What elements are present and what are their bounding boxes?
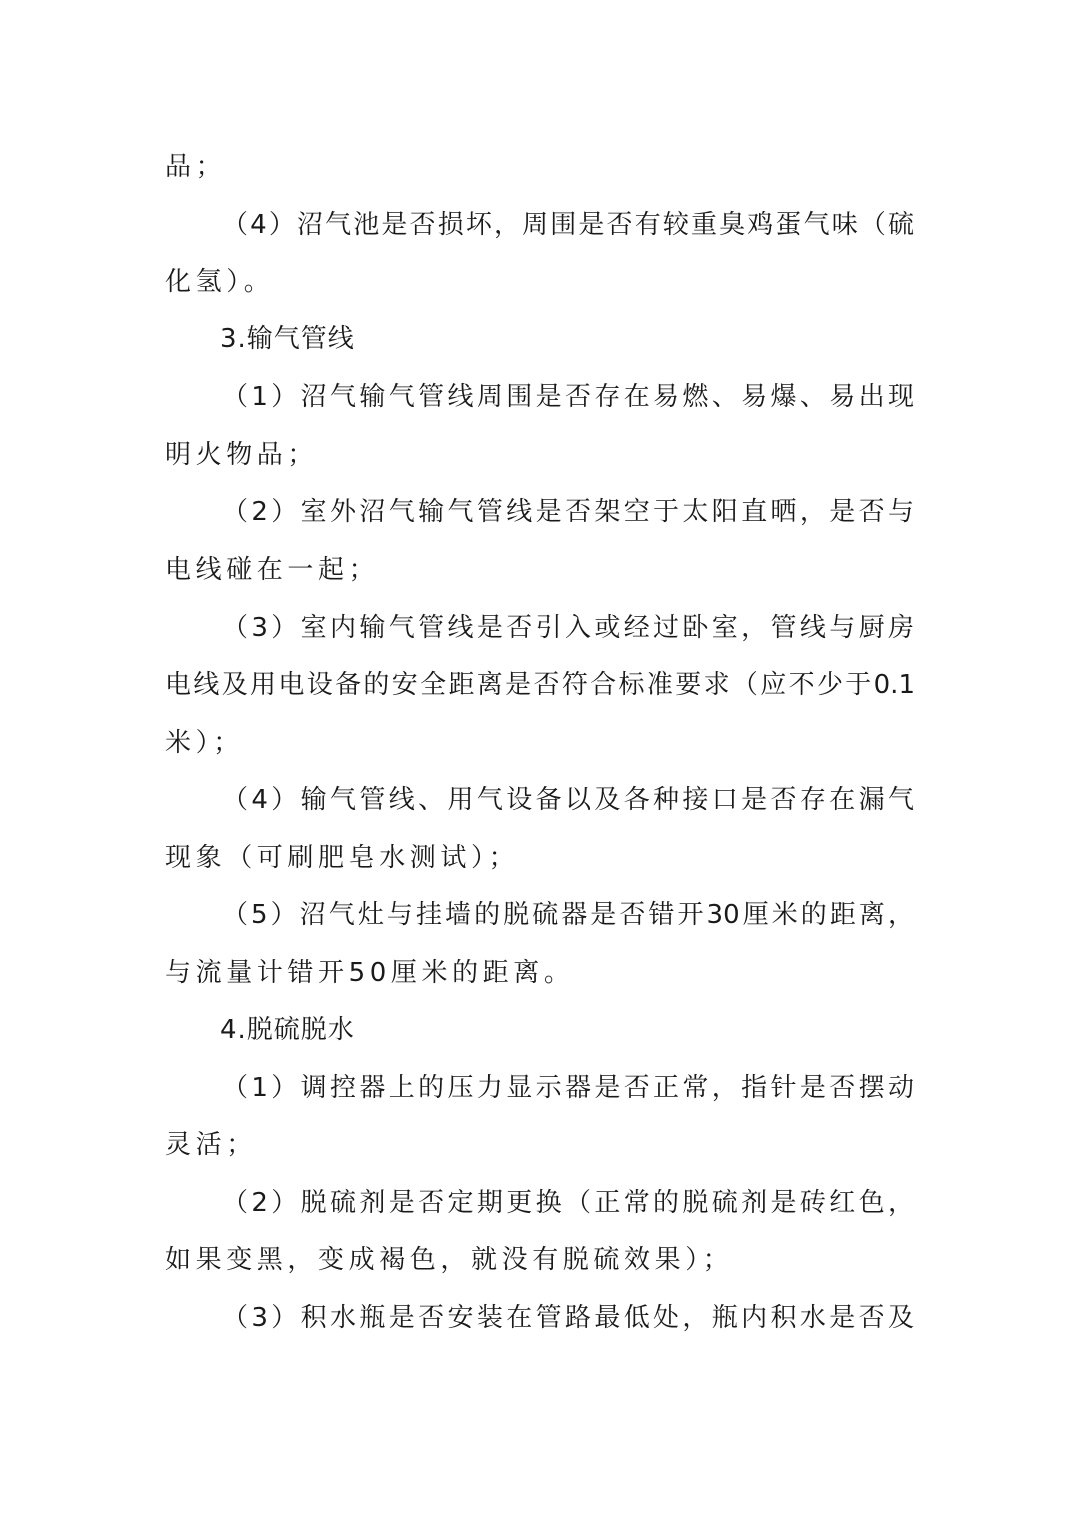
list-item-5-stove-distance: （5）沼气灶与挂墙的脱硫器是否错开30厘米的距离， xyxy=(222,898,914,932)
text-line: 明火物品； xyxy=(165,438,915,472)
list-item-1-pressure-gauge: （1）调控器上的压力显示器是否正常，指针是否摆动 xyxy=(222,1071,914,1105)
text-line: 电线碰在一起； xyxy=(165,553,915,587)
section-heading-desulfurization: 4.脱硫脱水 xyxy=(220,1013,970,1047)
list-item-3-indoor-pipeline: （3）室内输气管线是否引入或经过卧室，管线与厨房 xyxy=(222,611,914,645)
list-item-3-water-trap: （3）积水瓶是否安装在管路最低处，瓶内积水是否及 xyxy=(222,1301,914,1335)
text-line: 化氢）。 xyxy=(165,265,915,299)
list-item-2-desulfurizer-replacement: （2）脱硫剂是否定期更换（正常的脱硫剂是砖红色， xyxy=(222,1186,914,1220)
list-item-4-leak-check: （4）输气管线、用气设备以及各种接口是否存在漏气 xyxy=(222,783,914,817)
document-page: 品； （4）沼气池是否损坏，周围是否有较重臭鸡蛋气味（硫 化氢）。 3.输气管线… xyxy=(0,0,1074,1520)
text-line: 如果变黑，变成褐色，就没有脱硫效果）； xyxy=(165,1243,915,1277)
text-line: 电线及用电设备的安全距离是否符合标准要求（应不少于0.1 xyxy=(165,668,915,702)
text-line: 与流量计错开50厘米的距离。 xyxy=(165,956,915,990)
text-line: 现象（可刷肥皂水测试）； xyxy=(165,841,915,875)
list-item-1-pipeline-surroundings: （1）沼气输气管线周围是否存在易燃、易爆、易出现 xyxy=(222,380,914,414)
text-line: 灵活； xyxy=(165,1128,915,1162)
list-item-2-outdoor-pipeline: （2）室外沼气输气管线是否架空于太阳直晒，是否与 xyxy=(222,495,914,529)
section-heading-gas-pipeline: 3.输气管线 xyxy=(220,322,970,356)
list-item-4-biogas-tank: （4）沼气池是否损坏，周围是否有较重臭鸡蛋气味（硫 xyxy=(222,208,914,242)
text-line: 品； xyxy=(165,150,915,184)
text-line: 米）； xyxy=(165,726,915,760)
